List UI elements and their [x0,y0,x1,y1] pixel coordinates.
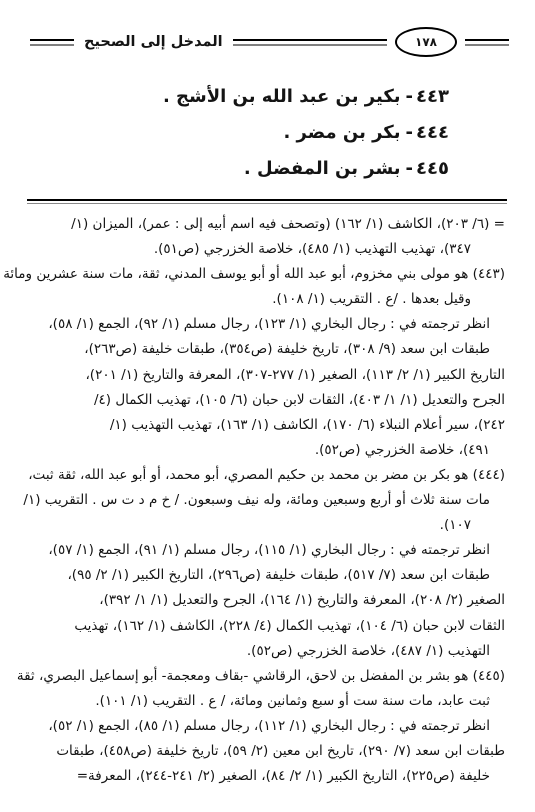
footnote-line: الجرح والتعديل (١/ ١/ ٤٠٣)، الثقات لابن … [28,388,505,413]
header-rule-middle [233,39,387,46]
footnote-line: وقيل بعدها . /ع . التقريب (١/ ١٠٨). [28,287,505,312]
footnote-line: التاريخ الكبير (١/ ٢/ ١١٣)، الصغير (١/ ٢… [28,363,505,388]
footnote-line: ٣٤٧)، تهذيب التهذيب (١/ ٤٨٥)، خلاصة الخز… [28,237,505,262]
footnote-line: انظر ترجمته في : رجال البخاري (١/ ١٢٣)، … [28,312,505,337]
book-page: ١٧٨ المدخل إلى الصحيح ٤٤٣-بكير بن عبد ال… [0,0,535,812]
footnote-line: = (٦/ ٢٠٣)، الكاشف (١/ ١٦٢) (وتصحف فيه ا… [28,212,505,237]
footnote-line: طبقات ابن سعد (٧/ ٢٩٠)، تاريخ ابن معين (… [28,739,505,764]
entry-row: ٤٤٣-بكير بن عبد الله بن الأشج . [30,79,449,115]
header-rule-right [465,39,509,46]
entry-list: ٤٤٣-بكير بن عبد الله بن الأشج . ٤٤٤-بكر … [30,79,449,187]
footnote-line: طبقات ابن سعد (٩/ ٣٠٨)، تاريخ خليفة (ص٣٥… [28,337,505,362]
footnote-line: ١٠٧). [28,513,505,538]
entry-dash: - [401,122,416,143]
entry-row: ٤٤٥-بشر بن المفضل . [30,151,449,187]
footnote-line: الصغير (٢/ ٢٠٨)، المعرفة والتاريخ (١/ ١٦… [28,588,505,613]
entry-name: بشر بن المفضل . [244,158,401,179]
entry-name: بكر بن مضر . [283,122,400,143]
page-number: ١٧٨ [415,35,437,49]
entry-number: ٤٤٣ [416,86,449,107]
entry-row: ٤٤٤-بكر بن مضر . [30,115,449,151]
footnote-line: انظر ترجمته في : رجال البخاري (١/ ١١٥)، … [28,538,505,563]
footnote-line: (٤٤٣) هو مولى بني مخزوم، أبو عبد الله أو… [28,262,505,287]
footnote-line: ٢٤٢)، سير أعلام النبلاء (٦/ ١٧٠)، الكاشف… [28,413,505,438]
footnote-line: خليفة (ص٢٢٥)، التاريخ الكبير (١/ ٢/ ٨٤)،… [28,764,505,789]
footnote-line: طبقات ابن سعد (٧/ ٥١٧)، طبقات خليفة (ص٢٩… [28,563,505,588]
footnote-line: مات سنة ثلاث أو أربع وسبعين ومائة، وله ن… [28,488,505,513]
page-number-oval: ١٧٨ [395,27,457,57]
footnote-separator [27,199,507,204]
entry-number: ٤٤٤ [416,122,449,143]
footnote-line: ثبت عابد، مات سنة ست أو سبع وثمانين ومائ… [28,689,505,714]
entry-name: بكير بن عبد الله بن الأشج . [163,86,401,107]
entry-dash: - [401,158,416,179]
footnote-line: التهذيب (١/ ٤٨٧)، خلاصة الخزرجي (ص٥٢). [28,639,505,664]
page-header: ١٧٨ المدخل إلى الصحيح [0,0,535,57]
book-title: المدخل إلى الصحيح [82,34,225,50]
footnote-line: ٤٩١)، خلاصة الخزرجي (ص٥٢). [28,438,505,463]
footnote-line: الثقات لابن حبان (٦/ ١٠٤)، تهذيب الكمال … [28,614,505,639]
footnote-line: (٤٤٤) هو بكر بن مضر بن محمد بن حكيم المص… [28,463,505,488]
footnotes-block: = (٦/ ٢٠٣)، الكاشف (١/ ١٦٢) (وتصحف فيه ا… [28,212,505,789]
footnote-line: انظر ترجمته في : رجال البخاري (١/ ١١٢)، … [28,714,505,739]
header-rule-left [30,39,74,46]
footnote-line: (٤٤٥) هو بشر بن المفضل بن لاحق، الرقاشي … [28,664,505,689]
entry-number: ٤٤٥ [416,158,449,179]
entry-dash: - [401,86,416,107]
